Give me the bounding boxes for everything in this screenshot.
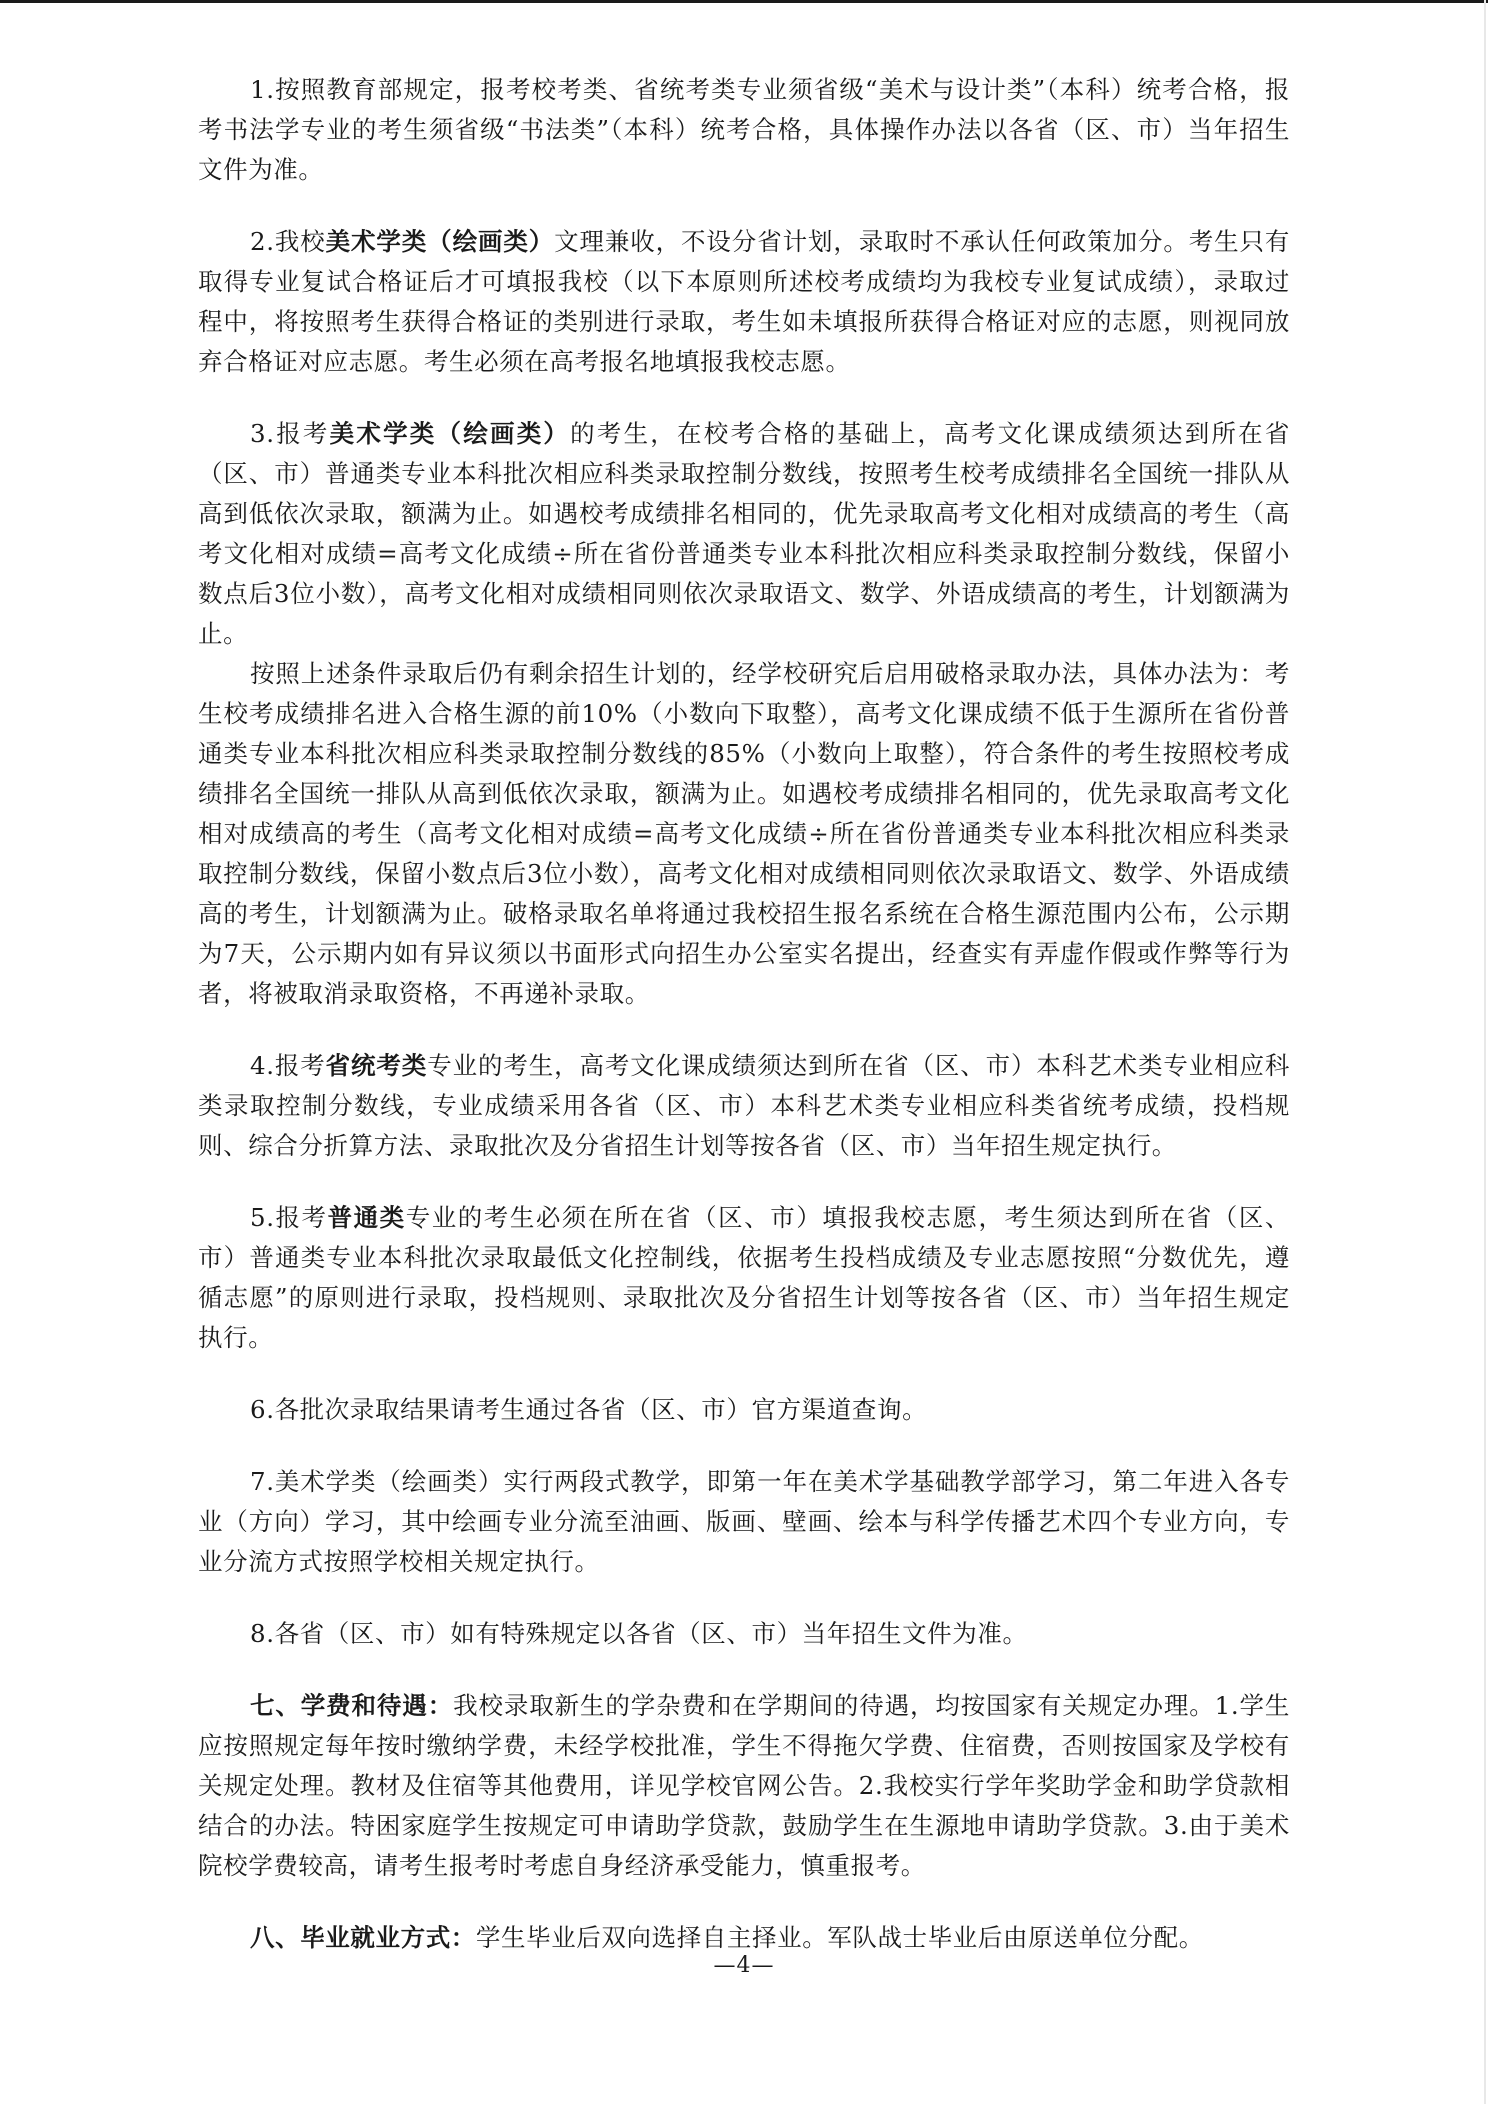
- paragraph-text: 6.各批次录取结果请考生通过各省（区、市）官方渠道查询。: [250, 1395, 927, 1424]
- paragraph-gap: [198, 382, 1290, 414]
- paragraph-gap: [198, 1358, 1290, 1390]
- paragraph-text: 4.报考: [250, 1051, 326, 1080]
- section-heading: 八、毕业就业方式：: [250, 1923, 476, 1952]
- section-tuition-and-benefits: 七、学费和待遇：我校录取新生的学杂费和在学期间的待遇，均按国家有关规定办理。1.…: [198, 1686, 1290, 1886]
- paragraph-gap: [198, 1430, 1290, 1462]
- paragraph-text: 7.美术学类（绘画类）实行两段式教学，即第一年在美术学基础教学部学习，第二年进入…: [198, 1467, 1290, 1576]
- paragraph-rule-4: 4.报考省统考类专业的考生，高考文化课成绩须达到所在省（区、市）本科艺术类专业相…: [198, 1046, 1290, 1166]
- paragraph-text: 学生毕业后双向选择自主择业。军队战士毕业后由原送单位分配。: [476, 1923, 1204, 1952]
- paragraph-text: 8.各省（区、市）如有特殊规定以各省（区、市）当年招生文件为准。: [250, 1619, 1028, 1648]
- section-heading: 七、学费和待遇：: [250, 1691, 453, 1720]
- paragraph-rule-6: 6.各批次录取结果请考生通过各省（区、市）官方渠道查询。: [198, 1390, 1290, 1430]
- document-page: 1.按照教育部规定，报考校考类、省统考类专业须省级“美术与设计类”（本科）统考合…: [198, 70, 1290, 1958]
- paragraph-rule-5: 5.报考普通类专业的考生必须在所在省（区、市）填报我校志愿，考生须达到所在省（区…: [198, 1198, 1290, 1358]
- paragraph-rule-7: 7.美术学类（绘画类）实行两段式教学，即第一年在美术学基础教学部学习，第二年进入…: [198, 1462, 1290, 1582]
- paragraph-gap: [198, 1654, 1290, 1686]
- paragraph-text: 的考生，在校考合格的基础上，高考文化课成绩须达到所在省（区、市）普通类专业本科批…: [198, 419, 1290, 648]
- paragraph-gap: [198, 1166, 1290, 1198]
- paragraph-text: 3.报考: [250, 419, 330, 448]
- paragraph-rule-1: 1.按照教育部规定，报考校考类、省统考类专业须省级“美术与设计类”（本科）统考合…: [198, 70, 1290, 190]
- paragraph-rule-3: 3.报考美术学类（绘画类）的考生，在校考合格的基础上，高考文化课成绩须达到所在省…: [198, 414, 1290, 654]
- paragraph-text: 按照上述条件录取后仍有剩余招生计划的，经学校研究后启用破格录取办法，具体办法为：…: [198, 659, 1290, 1008]
- paragraph-bold-text: 省统考类: [326, 1051, 428, 1080]
- paragraph-gap: [198, 1582, 1290, 1614]
- paragraph-gap: [198, 1886, 1290, 1918]
- page-number: —4—: [0, 1953, 1488, 1978]
- paragraph-rule-8: 8.各省（区、市）如有特殊规定以各省（区、市）当年招生文件为准。: [198, 1614, 1290, 1654]
- paragraph-rule-2: 2.我校美术学类（绘画类）文理兼收，不设分省计划，录取时不承认任何政策加分。考生…: [198, 222, 1290, 382]
- paragraph-bold-text: 普通类: [328, 1203, 406, 1232]
- paragraph-rule-3-exception: 按照上述条件录取后仍有剩余招生计划的，经学校研究后启用破格录取办法，具体办法为：…: [198, 654, 1290, 1014]
- top-border-rule: [0, 0, 1488, 3]
- paragraph-text: 1.按照教育部规定，报考校考类、省统考类专业须省级“美术与设计类”（本科）统考合…: [198, 75, 1290, 184]
- right-edge-rule: [1484, 0, 1486, 2104]
- paragraph-bold-text: 美术学类（绘画类）: [326, 227, 554, 256]
- section-graduate-employment: 八、毕业就业方式：学生毕业后双向选择自主择业。军队战士毕业后由原送单位分配。: [198, 1918, 1290, 1958]
- paragraph-text: 5.报考: [250, 1203, 328, 1232]
- paragraph-gap: [198, 1014, 1290, 1046]
- paragraph-gap: [198, 190, 1290, 222]
- paragraph-text: 2.我校: [250, 227, 326, 256]
- paragraph-bold-text: 美术学类（绘画类）: [330, 419, 571, 448]
